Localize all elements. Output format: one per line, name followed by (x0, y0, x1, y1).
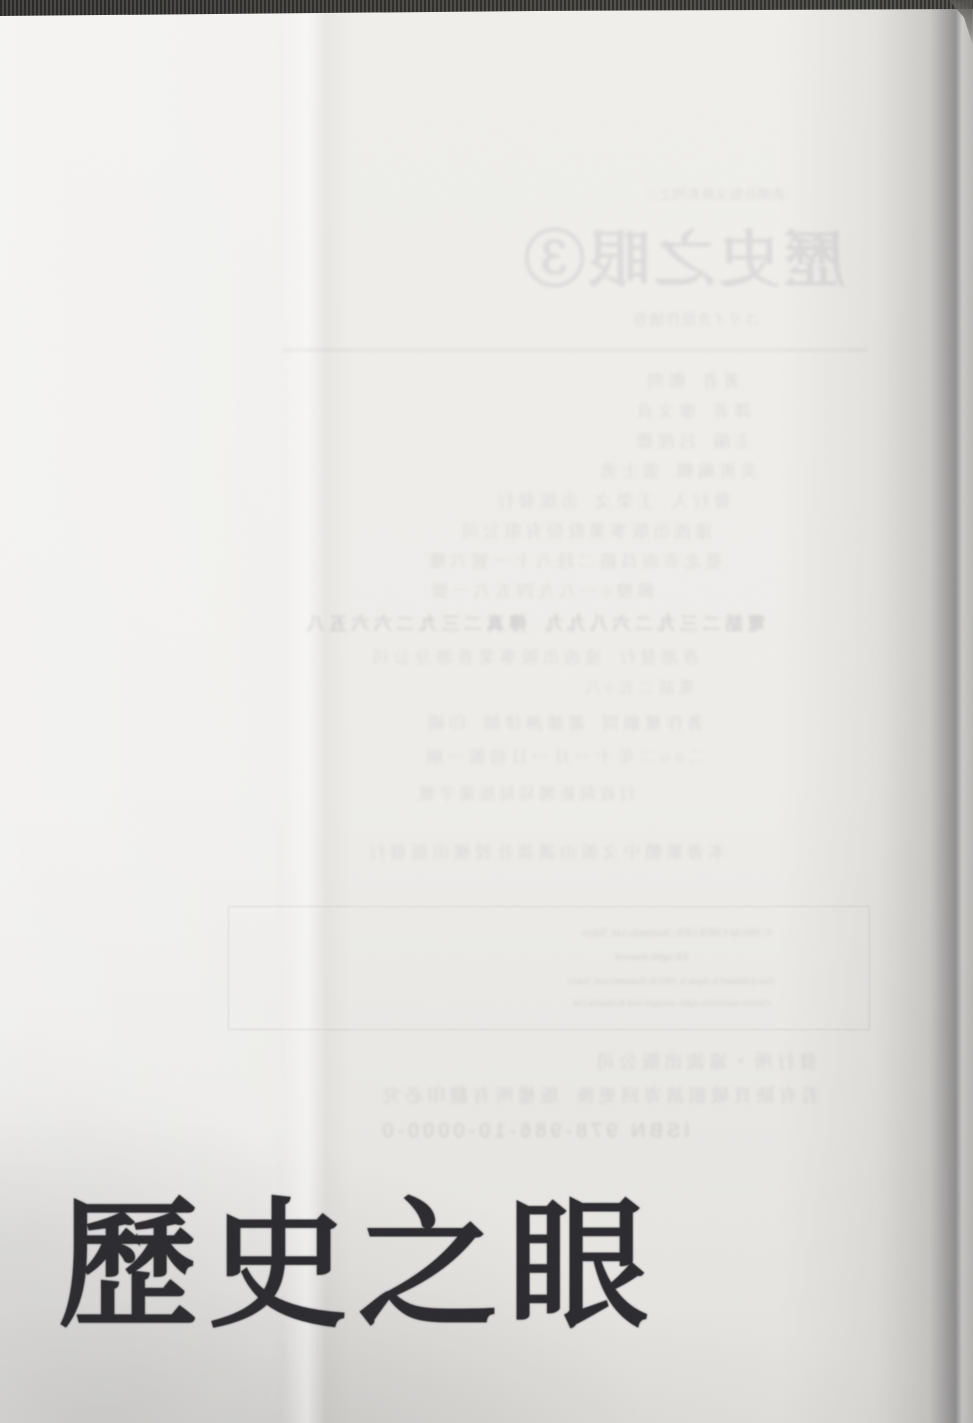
ghost-line: 譯 者 廖 文 貞 (598, 402, 790, 422)
ghost-line: ユリイカ原作繪卷 (592, 312, 800, 330)
book-title: 歷史之眼 (58, 1198, 658, 1338)
ghost-line: 發 行 人 王 榮 文 出 版 發 行 (428, 492, 800, 512)
ghost-line: 郵 撥 ○ 一 八 九 四 五 六 一 號 (322, 582, 764, 602)
ghost-line: 遠 流 出 版 事 業 股 份 有 限 公 司 (352, 522, 822, 542)
ghost-line: 二 ○ ○ 二 年 十 一 月 一 日 初 版 一 刷 (296, 748, 836, 768)
ghost-line: 著 者 鄭 問 (598, 372, 790, 392)
ghost-line: 主 編 呂 理 德 (598, 432, 790, 452)
ghost-line: 著 作 權 顧 問 蕭 雄 淋 律 師 印 刷 (296, 714, 836, 734)
scanned-page: 新潮社版文庫系列之三歷史之眼③ユリイカ原作繪卷著 者 鄭 問譯 者 廖 文 貞主… (0, 0, 973, 1423)
ghost-line: 歷史之眼③ (498, 226, 868, 297)
ghost-line: 電 話 二 五 ○ 八 (556, 680, 724, 698)
ghost-line: 若 有 缺 頁 破 損 請 寄 回 更 換 版 權 所 有 翻 印 必 究 (322, 1086, 880, 1107)
ghost-line: ISBN 978-986-10-0000-0 (300, 1120, 768, 1143)
ghost-copyright-box (228, 906, 870, 1030)
ghost-line: 香 港 發 行 遠 流 出 版 事 業 香 港 分 公 司 (205, 648, 867, 668)
ghost-line: 行 政 院 新 聞 局 局 版 臺 字 號 (356, 786, 698, 804)
ghost-rule (282, 349, 867, 351)
ghost-line: 臺 北 市 南 昌 路 二 段 八 十 一 號 六 樓 (322, 552, 830, 572)
ghost-line: 美 術 編 輯 張 士 勇 (556, 462, 802, 482)
ghost-line: 發 行 所 ・ 遠 流 出 版 公 司 (548, 1052, 866, 1073)
scan-edge-top (0, 0, 973, 20)
ghost-line: 本 書 繁 體 中 文 版 由 講 談 社 授 權 出 版 發 行 (328, 843, 766, 863)
ghost-line: 電 話 二 三 九 二 六 八 九 九 傳 真 二 三 九 二 六 六 五 八 (205, 614, 867, 635)
ghost-line: 新潮社版文庫系列之三 (616, 188, 814, 204)
